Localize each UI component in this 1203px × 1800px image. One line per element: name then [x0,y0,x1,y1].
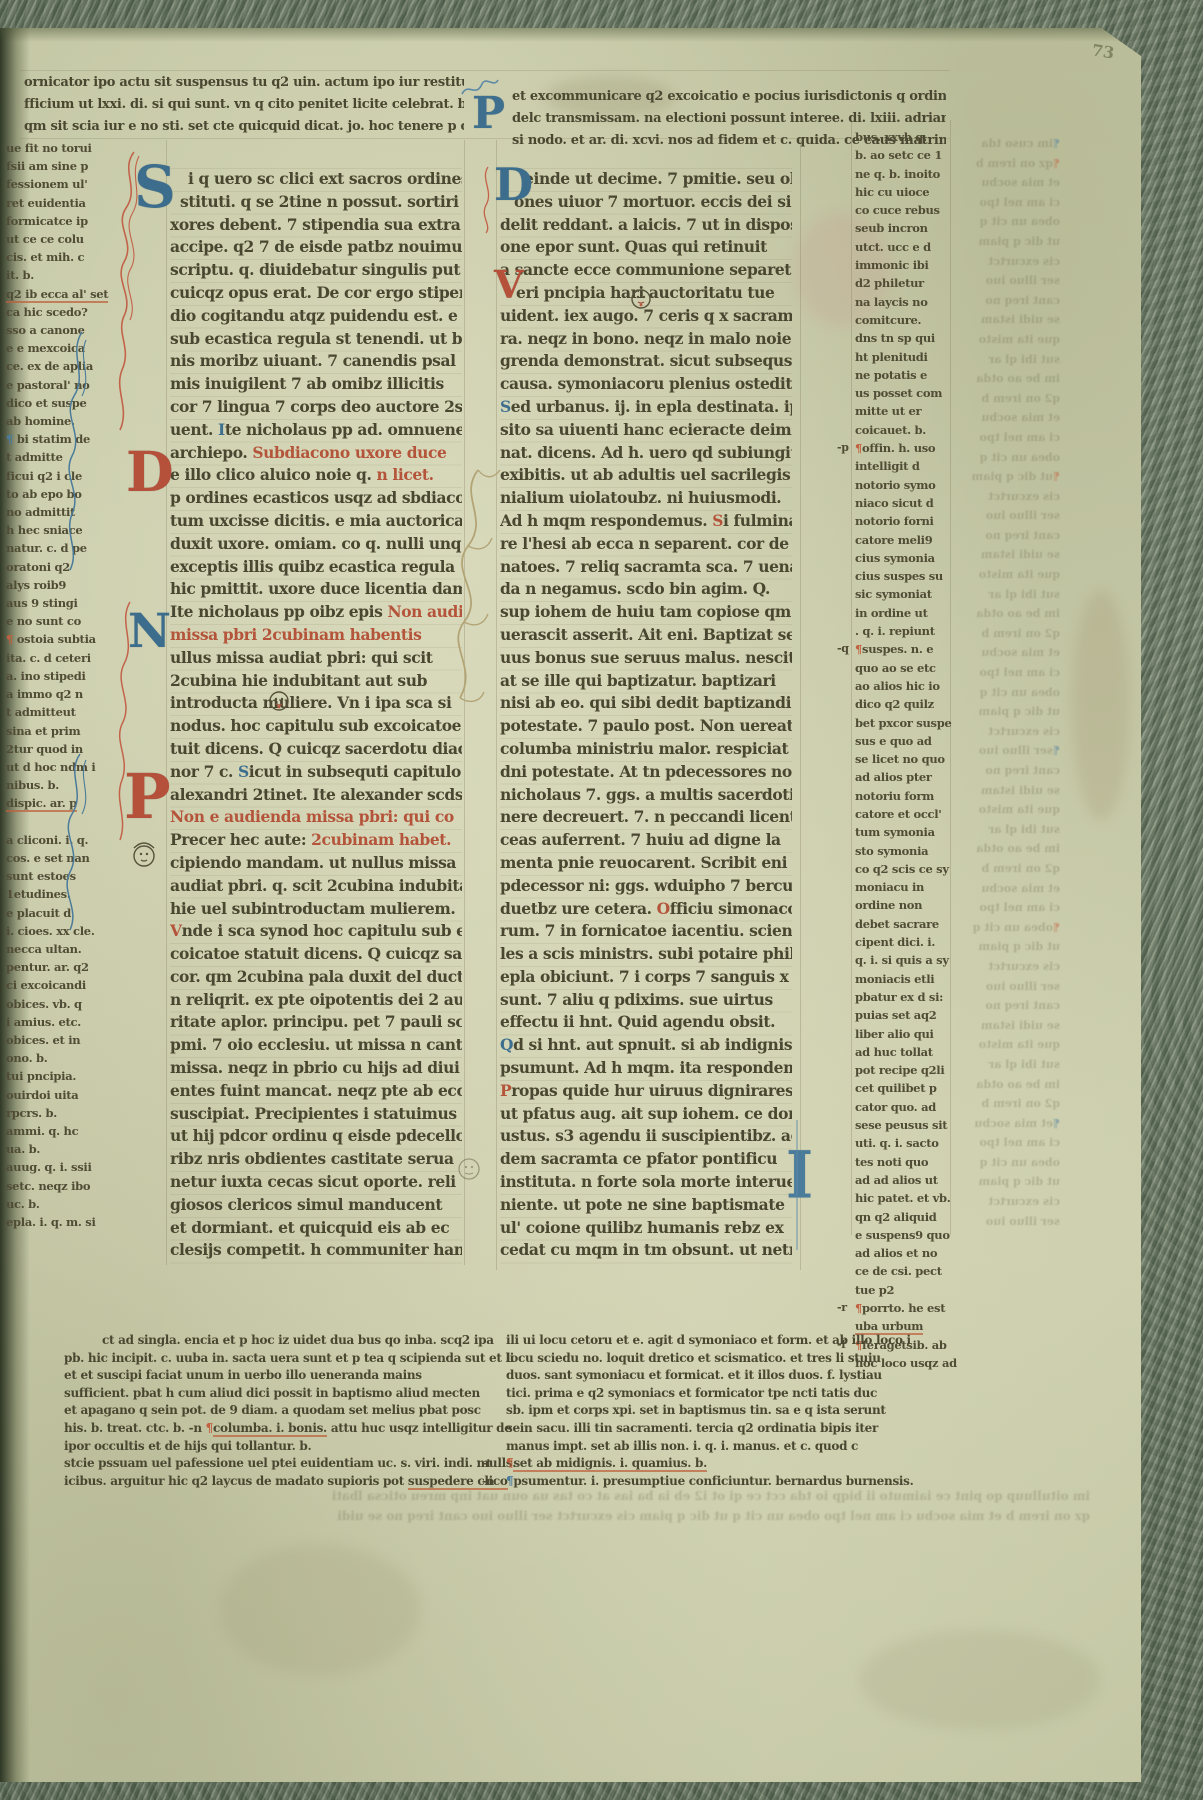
main-text-column-right: einde ut decime. 7 pmitie. seu oblatione… [500,168,792,1264]
right-marginal-gloss-column: bus. xxvb q.b. ao setc ce 1ne q. b. inoi… [855,128,951,1372]
blue-penwork-flourish-icon [56,330,96,575]
left-marginal-gloss-column: ue fit no toruifsii am sine pfessionem u… [6,139,108,1231]
doodle-face-in-letter-icon [630,288,652,310]
illuminated-initial-d-left: D [126,444,174,499]
ink-bleedthrough-column: ¶im cuso tda¶qz on irem bet mia socbuci … [948,134,1060,1231]
ruling-line [800,140,801,1270]
main-text-column-left: i q uero sc clici ext sacros ordines cos… [170,168,462,1264]
ink-bleedthrough-bottom: im oitulluup qo pint ce iaimuto ii biqp … [100,1486,1090,1526]
ruling-line [166,140,167,1265]
bottom-commentary-left: ct ad singla. encia et p hoc iz uidet du… [64,1332,466,1490]
illuminated-initial-v-right: V [494,266,523,304]
illuminated-initial-i-tall: I [786,1143,813,1208]
red-penwork-flourish-icon [110,150,146,450]
manuscript-photo: ornicator ipo actu sit suspensus tu q2 u… [0,0,1203,1800]
illuminated-initial-d-right: D [494,162,533,207]
ruling-line [851,120,852,1235]
parchment-stain [1072,590,1130,820]
blue-penwork-flourish-icon [52,752,96,947]
doodle-profile-face-icon [130,838,158,870]
doodle-face-in-letter-icon [268,690,290,712]
blue-pen-hairline [796,1120,798,1250]
foliate-gutter-doodle-icon [428,466,508,716]
red-penwork-flourish-icon [110,600,140,850]
doodle-face-gutter-icon [456,1156,482,1182]
folio-mark: 73 [1091,40,1116,62]
top-marginal-gloss-left: ornicator ipo actu sit suspensus tu q2 u… [24,72,464,138]
parchment-stain [220,1545,420,1675]
blue-squiggle-icon [460,74,500,104]
ruling-line [20,70,950,71]
bottom-commentary-right: ili ui locu cetoru et e. agit d symoniac… [506,1332,1088,1490]
parchment-stain [860,1630,1100,1730]
red-penwork-flourish-icon [478,165,496,235]
